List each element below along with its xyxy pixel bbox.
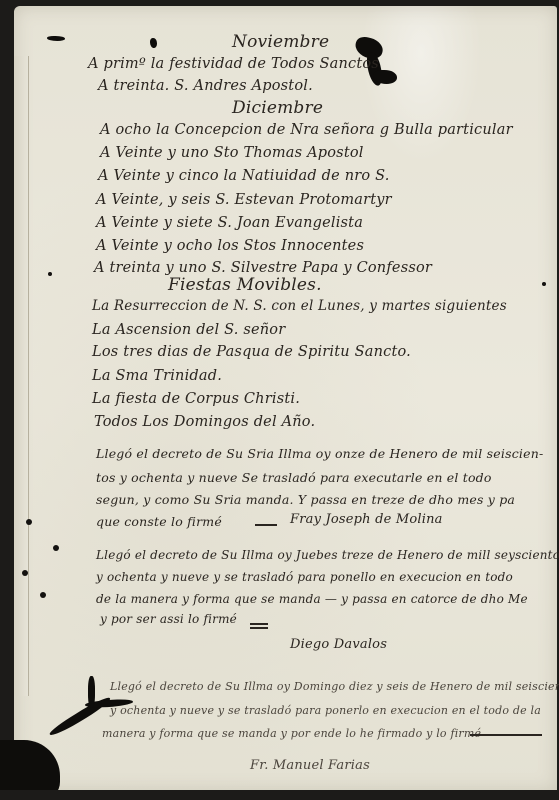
ink-dot [48, 272, 52, 276]
note-1-line: Llegó el decreto de Su Sria Illma oy onz… [96, 446, 543, 461]
ink-dot [40, 592, 46, 598]
list-item: A primº la festividad de Todos Sanctos [88, 56, 379, 72]
list-item: A treinta. S. Andres Apostol. [98, 78, 313, 94]
page-fold-margin [14, 56, 29, 696]
list-item: La Sma Trinidad. [92, 368, 222, 384]
ink-dot [22, 570, 28, 576]
note-3-line: Llegó el decreto de Su Illma oy Domingo … [110, 680, 559, 693]
list-item: A Veinte y ocho los Stos Innocentes [96, 238, 364, 254]
ink-blot-top-foot [373, 70, 397, 84]
note-1-line: segun, y como Su Sria manda. Y passa en … [96, 492, 515, 507]
closing-double-rule [250, 627, 268, 629]
note-3-line: y ochenta y nueve y se trasladó para pon… [110, 704, 541, 717]
heading-movable-feasts: Fiestas Movibles. [168, 275, 322, 295]
ink-dot [542, 282, 546, 286]
signature-fray-joseph-de-molina: Fray Joseph de Molina [290, 512, 443, 527]
note-1-line: que conste lo firmé [96, 514, 222, 529]
signature-dash [255, 524, 277, 526]
note-2-line: y ochenta y nueve y se trasladó para pon… [96, 570, 513, 584]
note-2-line: Llegó el decreto de Su Illma oy Juebes t… [96, 548, 559, 562]
note-1-line: tos y ochenta y nueve Se trasladó para e… [96, 470, 492, 485]
list-item: La Ascension del S. señor [92, 322, 285, 338]
list-item: La fiesta de Corpus Christi. [92, 391, 300, 407]
list-item: Los tres dias de Pasqua de Spiritu Sanct… [92, 344, 411, 360]
note-2-line: y por ser assi lo firmé [100, 612, 237, 626]
signature-fr-manuel-farias: Fr. Manuel Farias [250, 758, 370, 773]
list-item: A ocho la Concepcion de Nra señora g Bul… [100, 122, 513, 138]
closing-rule [470, 734, 542, 736]
ink-dot [26, 519, 32, 525]
list-item: A Veinte y uno Sto Thomas Apostol [100, 145, 364, 161]
note-2-line: de la manera y forma que se manda — y pa… [96, 592, 528, 606]
page-bottom-edge [0, 790, 559, 800]
list-item: La Resurreccion de N. S. con el Lunes, y… [92, 298, 507, 314]
heading-november: Noviembre [232, 32, 329, 52]
ink-stroke-bottom-left [88, 676, 95, 708]
list-item: A Veinte y siete S. Joan Evangelista [96, 215, 363, 231]
ink-dot [53, 545, 59, 551]
list-item: A treinta y uno S. Silvestre Papa y Conf… [94, 260, 432, 276]
closing-double-rule [250, 623, 268, 625]
ink-speck-near-title [150, 38, 157, 48]
list-item: A Veinte, y seis S. Estevan Protomartyr [96, 192, 392, 208]
list-item: Todos Los Domingos del Año. [94, 414, 315, 430]
signature-diego-davalos: Diego Davalos [290, 637, 387, 652]
heading-december: Diciembre [232, 98, 323, 118]
note-3-line: manera y forma que se manda y por ende l… [102, 727, 481, 740]
list-item: A Veinte y cinco la Natiuidad de nro S. [98, 168, 390, 184]
ink-speck-top-left [47, 36, 65, 41]
